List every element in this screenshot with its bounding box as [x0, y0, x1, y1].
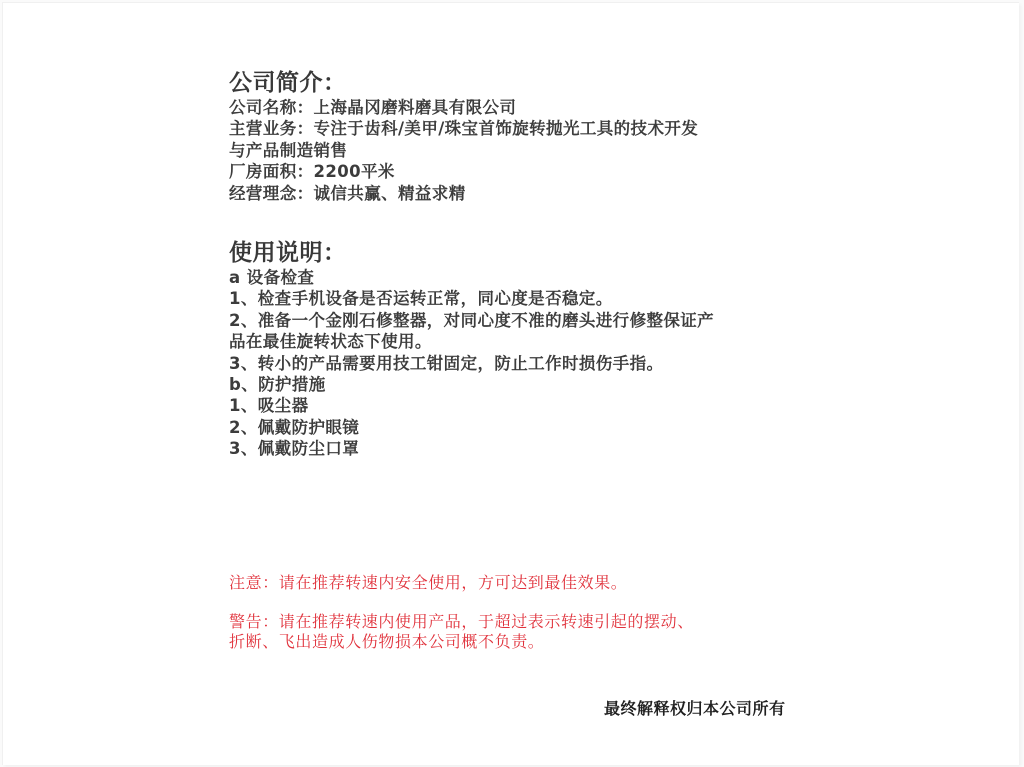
instruction-item: 1、检查手机设备是否运转正常，同心度是否稳定。	[229, 288, 714, 309]
protection-subheading: b、防护措施	[229, 374, 714, 395]
warning-text: 警告：请在推荐转速内使用产品，于超过表示转速引起的摆动、 折断、飞出造成人伤物损…	[229, 613, 694, 653]
usage-instructions-section: 使用说明： a 设备检查 1、检查手机设备是否运转正常，同心度是否稳定。 2、准…	[229, 240, 714, 460]
company-name-line: 公司名称：上海晶冈磨料磨具有限公司	[229, 97, 698, 118]
usage-instructions-heading: 使用说明：	[229, 240, 714, 267]
company-intro-section: 公司简介： 公司名称：上海晶冈磨料磨具有限公司 主营业务：专注于齿科/美甲/珠宝…	[229, 70, 698, 204]
equipment-check-subheading: a 设备检查	[229, 267, 714, 288]
main-business-line: 主营业务：专注于齿科/美甲/珠宝首饰旋转抛光工具的技术开发	[229, 118, 698, 139]
copyright-footer: 最终解释权归本公司所有	[604, 696, 786, 719]
document-page: 公司简介： 公司名称：上海晶冈磨料磨具有限公司 主营业务：专注于齿科/美甲/珠宝…	[2, 2, 1019, 765]
protection-item: 2、佩戴防护眼镜	[229, 417, 714, 438]
company-intro-heading: 公司简介：	[229, 70, 698, 97]
warning-line: 折断、飞出造成人伤物损本公司概不负责。	[229, 633, 694, 653]
warning-line: 警告：请在推荐转速内使用产品，于超过表示转速引起的摆动、	[229, 613, 694, 633]
main-business-line-cont: 与产品制造销售	[229, 140, 698, 161]
protection-item: 3、佩戴防尘口罩	[229, 438, 714, 459]
protection-item: 1、吸尘器	[229, 395, 714, 416]
business-philosophy-line: 经营理念：诚信共赢、精益求精	[229, 183, 698, 204]
instruction-item: 3、转小的产品需要用技工钳固定，防止工作时损伤手指。	[229, 353, 714, 374]
instruction-item-cont: 品在最佳旋转状态下使用。	[229, 331, 714, 352]
factory-area-line: 厂房面积：2200平米	[229, 161, 698, 182]
instruction-item: 2、准备一个金刚石修整器，对同心度不准的磨头进行修整保证产	[229, 310, 714, 331]
notice-text: 注意：请在推荐转速内安全使用，方可达到最佳效果。	[229, 574, 627, 594]
